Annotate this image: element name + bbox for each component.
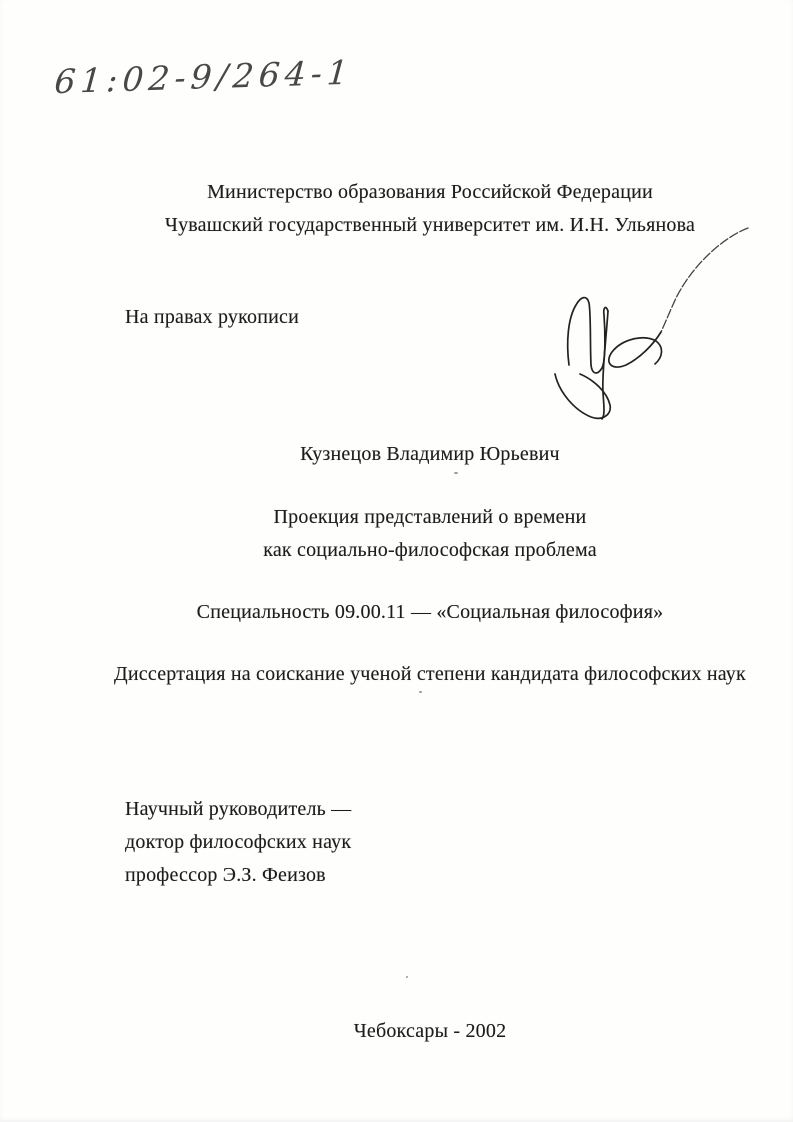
signature-icon: [546, 218, 778, 426]
manuscript-note: На правах рукописи: [125, 301, 299, 334]
author-name: Кузнецов Владимир Юрьевич: [77, 438, 783, 471]
ministry-line: Министерство образования Российской Феде…: [77, 176, 783, 209]
title-line-1: Проекция представлений о времени: [77, 501, 783, 534]
degree-statement: Диссертация на соискание ученой степени …: [77, 658, 783, 691]
scan-speck: [454, 472, 458, 474]
supervisor-line-2: доктор философских наук: [125, 826, 351, 859]
scan-speck: [419, 691, 422, 693]
title-line-2: как социально-философская проблема: [77, 534, 783, 567]
catalog-number-handwriting: 61:02-9/264-1: [53, 53, 354, 101]
dissertation-title: Проекция представлений о времени как соц…: [77, 501, 783, 567]
supervisor-block: Научный руководитель — доктор философски…: [125, 793, 351, 892]
specialty-line: Специальность 09.00.11 — «Социальная фил…: [77, 596, 783, 629]
supervisor-line-1: Научный руководитель —: [125, 793, 351, 826]
supervisor-line-3: профессор Э.З. Феизов: [125, 859, 351, 892]
scan-speck: [406, 976, 408, 978]
scanned-title-page: 61:02-9/264-1 Министерство образования Р…: [0, 0, 793, 1122]
imprint-line: Чебоксары - 2002: [77, 1015, 783, 1048]
